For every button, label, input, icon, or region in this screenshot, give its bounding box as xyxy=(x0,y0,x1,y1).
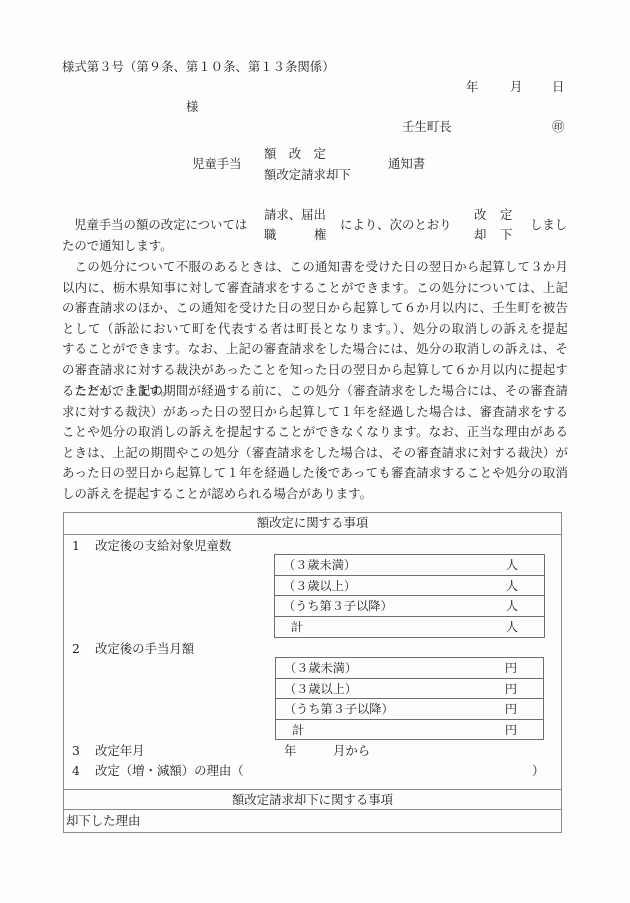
revision-section-heading: 額改定に関する事項 xyxy=(63,517,562,529)
action-revise-b: 定 xyxy=(500,209,512,221)
row-unit: 円 xyxy=(505,724,517,736)
seal-icon: ㊞ xyxy=(552,121,564,133)
paragraph-line: あった日の翌日から起算して１年を経過した後であっても審査請求することや処分の取消 xyxy=(62,463,568,484)
amount-row-third-child: （うち第３子以降） 円 xyxy=(276,699,543,720)
action-reject-a: 却 xyxy=(474,229,486,241)
paragraph-line: の審査請求に対する裁決があったことを知った日の翌日から起算して６か月以内に提起す xyxy=(62,360,568,381)
title-option-revision: 額 改 定 xyxy=(264,148,326,160)
intro-part2: により、次のとおり xyxy=(340,219,452,231)
title-suffix: 通知書 xyxy=(388,158,425,170)
child-count-table: （３歳未満） 人 （３歳以上） 人 （うち第３子以降） 人 計 人 xyxy=(274,554,545,638)
appeal-notice-paragraph: この処分について不服のあるときは、この通知書を受けた日の翌日から起算して３か月 … xyxy=(62,257,568,401)
intro-line2: たので通知します。 xyxy=(62,240,173,252)
row-label: （うち第３子以降） xyxy=(283,600,393,612)
row-unit: 人 xyxy=(506,600,518,612)
divider xyxy=(63,534,562,535)
row-label: （３歳以上） xyxy=(284,683,357,695)
amount-row-under3: （３歳未満） 円 xyxy=(276,658,543,679)
item2-label: 改定後の手当月額 xyxy=(95,643,194,655)
item1-label: 改定後の支給対象児童数 xyxy=(95,540,231,552)
row-label: （３歳未満） xyxy=(283,559,356,571)
paragraph-line: ことや処分の取消しの訴えを提起することができなくなります。なお、正当な理由がある xyxy=(62,422,568,443)
row-label: （３歳以上） xyxy=(283,580,356,592)
paragraph-line: ときは、上記の期間やこの処分（審査請求をした場合は、その審査請求に対する裁決）が xyxy=(62,443,568,464)
row-unit: 円 xyxy=(505,662,517,674)
paragraph-line: ただし、上記の期間が経過する前に、この処分（審査請求をした場合には、その審査請 xyxy=(62,381,568,402)
item4-number: 4 xyxy=(72,765,80,777)
paragraph-line: しの訴えを提起することが認められる場合があります。 xyxy=(62,484,568,505)
rejection-reason-label: 却下した理由 xyxy=(66,815,140,827)
deadline-notice-paragraph: ただし、上記の期間が経過する前に、この処分（審査請求をした場合には、その審査請 … xyxy=(62,381,568,505)
rejection-section-heading: 額改定請求却下に関する事項 xyxy=(63,794,562,806)
item4-close-paren: ） xyxy=(532,765,544,777)
basis-option-ex-officio-b: 権 xyxy=(314,229,326,241)
paragraph-line: することができます。なお、上記の審査請求をした場合には、処分の取消しの訴えは、そ xyxy=(62,339,568,360)
item2-number: 2 xyxy=(72,643,80,655)
item3-number: 3 xyxy=(72,745,80,757)
row-unit: 円 xyxy=(505,683,517,695)
row-unit: 円 xyxy=(505,703,517,715)
amount-row-total: 計 円 xyxy=(276,720,543,741)
basis-option-ex-officio-a: 職 xyxy=(264,229,276,241)
row-unit: 人 xyxy=(506,580,518,592)
child-count-row-under3: （３歳未満） 人 xyxy=(275,555,544,576)
revision-year-label: 年 xyxy=(284,745,296,757)
child-count-row-3plus: （３歳以上） 人 xyxy=(275,576,544,597)
title-prefix: 児童手当 xyxy=(192,158,242,170)
amount-row-3plus: （３歳以上） 円 xyxy=(276,679,543,700)
monthly-amount-table: （３歳未満） 円 （３歳以上） 円 （うち第３子以降） 円 計 円 xyxy=(275,657,544,740)
row-label: 計 xyxy=(292,724,304,736)
basis-option-request: 請求、届出 xyxy=(264,209,326,221)
date-month-label: 月 xyxy=(510,81,522,93)
paragraph-line: 以内に、栃木県知事に対して審査請求をすることができます。この処分については、上記 xyxy=(62,278,568,299)
divider xyxy=(63,789,562,790)
paragraph-line: の審査請求のほか、この通知を受けた日の翌日から起算して６か月以内に、壬生町を被告 xyxy=(62,298,568,319)
revision-month-label: 月から xyxy=(333,745,370,757)
row-unit: 人 xyxy=(506,621,518,633)
title-option-rejection: 額改定請求却下 xyxy=(264,169,351,181)
item3-label: 改定年月 xyxy=(95,745,145,757)
intro-part3: しまし xyxy=(530,219,567,231)
row-label: （３歳未満） xyxy=(284,662,357,674)
date-day-label: 日 xyxy=(552,81,564,93)
item1-number: 1 xyxy=(72,540,80,552)
row-unit: 人 xyxy=(506,559,518,571)
action-reject-b: 下 xyxy=(500,229,512,241)
paragraph-line: 求に対する裁決）があった日の翌日から起算して１年を経過した場合は、審査請求をする xyxy=(62,402,568,423)
paragraph-line: として（訴訟において町を代表する者は町長となります。）、処分の取消しの訴えを提起 xyxy=(62,319,568,340)
issuer-name: 壬生町長 xyxy=(402,121,452,133)
item4-label: 改定（増・減額）の理由（ xyxy=(95,765,244,777)
child-count-row-third-child: （うち第３子以降） 人 xyxy=(275,596,544,617)
intro-part1: 児童手当の額の改定については xyxy=(74,219,247,231)
form-number: 様式第３号（第９条、第１０条、第１３条関係） xyxy=(62,61,335,73)
row-label: （うち第３子以降） xyxy=(284,703,394,715)
row-label: 計 xyxy=(291,621,303,633)
paragraph-line: この処分について不服のあるときは、この通知書を受けた日の翌日から起算して３か月 xyxy=(62,257,568,278)
addressee-suffix: 様 xyxy=(186,101,198,113)
action-revise-a: 改 xyxy=(474,209,486,221)
date-year-label: 年 xyxy=(466,81,478,93)
divider xyxy=(63,809,562,810)
child-count-row-total: 計 人 xyxy=(275,617,544,638)
